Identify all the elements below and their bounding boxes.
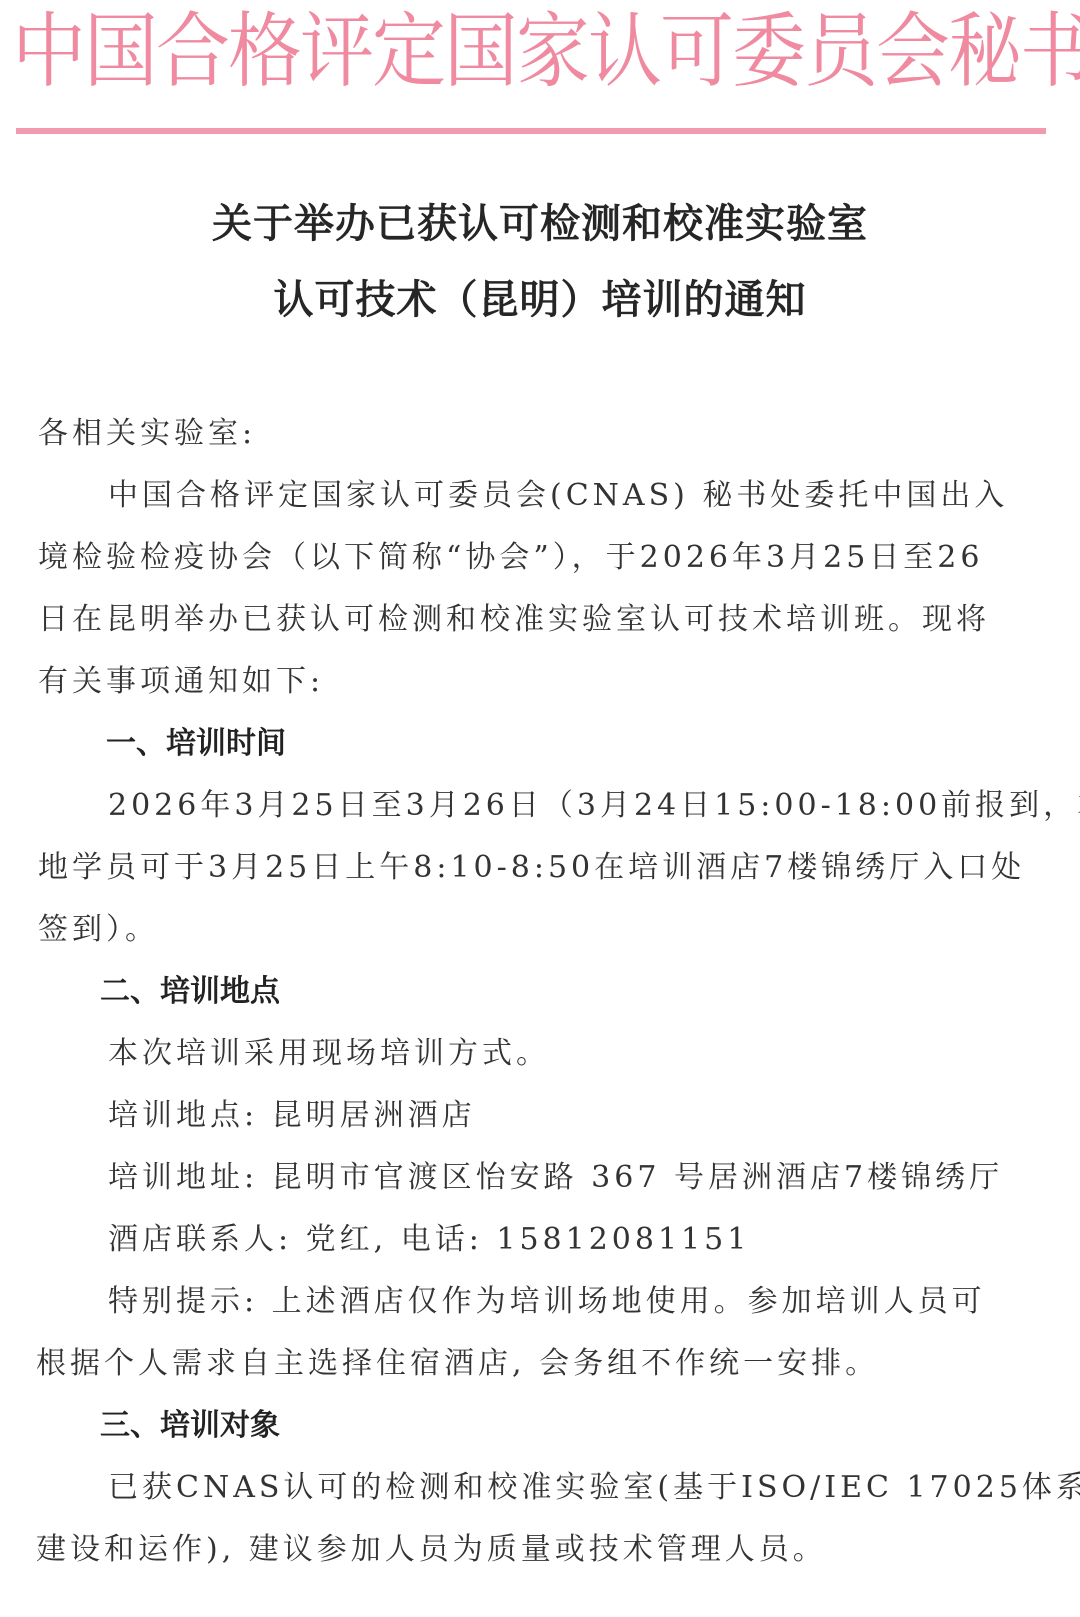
section-line: 签到）。 xyxy=(38,904,159,948)
intro-line: 有关事项通知如下: xyxy=(38,656,324,700)
section-line: 根据个人需求自主选择住宿酒店, 会务组不作统一安排。 xyxy=(36,1338,879,1382)
section-line: 培训地点: 昆明居洲酒店 xyxy=(108,1090,476,1134)
letterhead-divider xyxy=(16,128,1046,134)
section-heading-location: 二、培训地点 xyxy=(100,966,280,1010)
intro-line: 日在昆明举办已获认可检测和校准实验室认可技术培训班。现将 xyxy=(38,594,990,638)
document-title-line-1: 关于举办已获认可检测和校准实验室 xyxy=(0,192,1080,249)
section-line: 培训地址: 昆明市官渡区怡安路 367 号居洲酒店7楼锦绣厅 xyxy=(108,1152,1003,1196)
intro-line: 中国合格评定国家认可委员会(CNAS) 秘书处委托中国出入 xyxy=(108,470,1008,514)
section-line: 酒店联系人: 党红, 电话: 15812081151 xyxy=(108,1214,750,1258)
letterhead-org-name: 中国合格评定国家认可委员会秘书处 xyxy=(12,2,1072,101)
section-line: 建设和运作), 建议参加人员为质量或技术管理人员。 xyxy=(36,1524,827,1568)
intro-line: 境检验检疫协会（以下简称“协会”），于2026年3月25日至26 xyxy=(38,532,983,576)
section-heading-audience: 三、培训对象 xyxy=(100,1400,280,1444)
section-line: 已获CNAS认可的检测和校准实验室(基于ISO/IEC 17025体系 xyxy=(108,1462,1080,1506)
section-line: 2026年3月25日至3月26日（3月24日15:00-18:00前报到，本 xyxy=(108,780,1080,824)
section-line: 特别提示: 上述酒店仅作为培训场地使用。参加培训人员可 xyxy=(108,1276,986,1320)
section-line: 地学员可于3月25日上午8:10-8:50在培训酒店7楼锦绣厅入口处 xyxy=(38,842,1025,886)
section-line: 本次培训采用现场培训方式。 xyxy=(108,1028,550,1072)
salutation: 各相关实验室: xyxy=(38,408,256,452)
section-heading-time: 一、培训时间 xyxy=(106,718,286,762)
document-title-line-2: 认可技术（昆明）培训的通知 xyxy=(0,268,1080,325)
